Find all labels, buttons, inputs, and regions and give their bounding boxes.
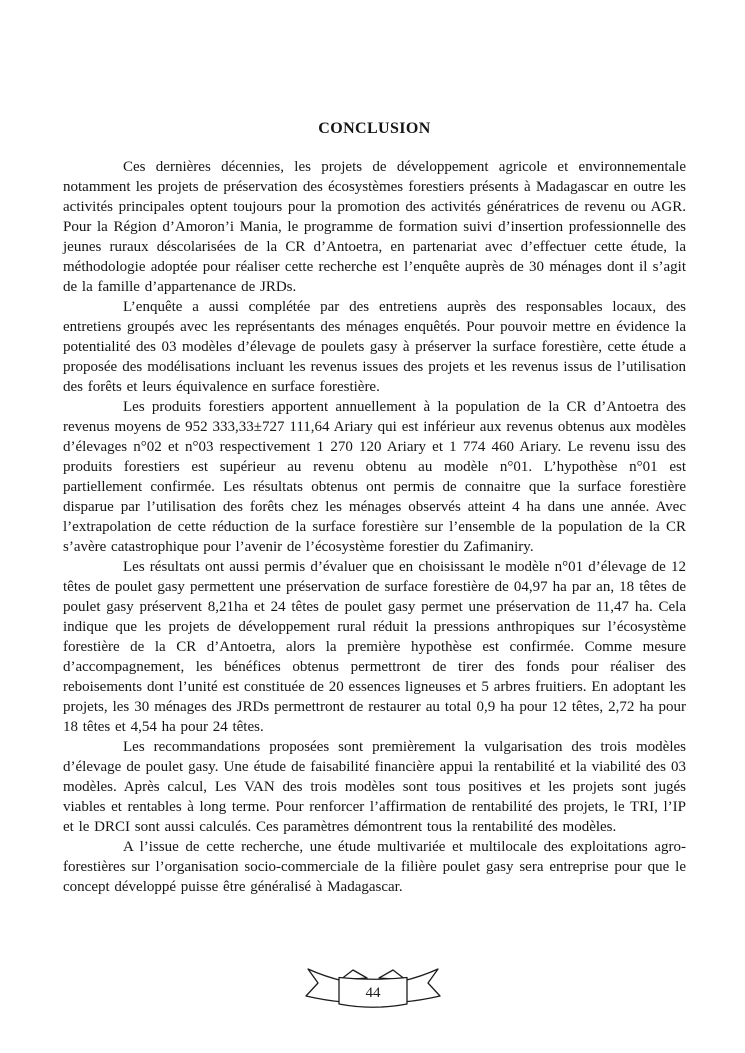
ribbon-banner-icon: 44 [303, 965, 443, 1015]
ribbon-right-tail [403, 969, 440, 1002]
ribbon-left-tail [306, 969, 343, 1002]
paragraph-6: A l’issue de cette recherche, une étude … [63, 837, 686, 897]
document-page: CONCLUSION Ces dernières décennies, les … [0, 0, 745, 1053]
page-content: CONCLUSION Ces dernières décennies, les … [0, 0, 745, 897]
page-number: 44 [365, 985, 381, 1001]
paragraph-4: Les résultats ont aussi permis d’évaluer… [63, 557, 686, 737]
paragraph-3: Les produits forestiers apportent annuel… [63, 397, 686, 557]
paragraph-1: Ces dernières décennies, les projets de … [63, 157, 686, 297]
page-title: CONCLUSION [63, 120, 686, 138]
paragraph-5: Les recommandations proposées sont premi… [63, 737, 686, 837]
page-number-ribbon: 44 [303, 965, 443, 1015]
paragraph-2: L’enquête a aussi complétée par des entr… [63, 297, 686, 397]
